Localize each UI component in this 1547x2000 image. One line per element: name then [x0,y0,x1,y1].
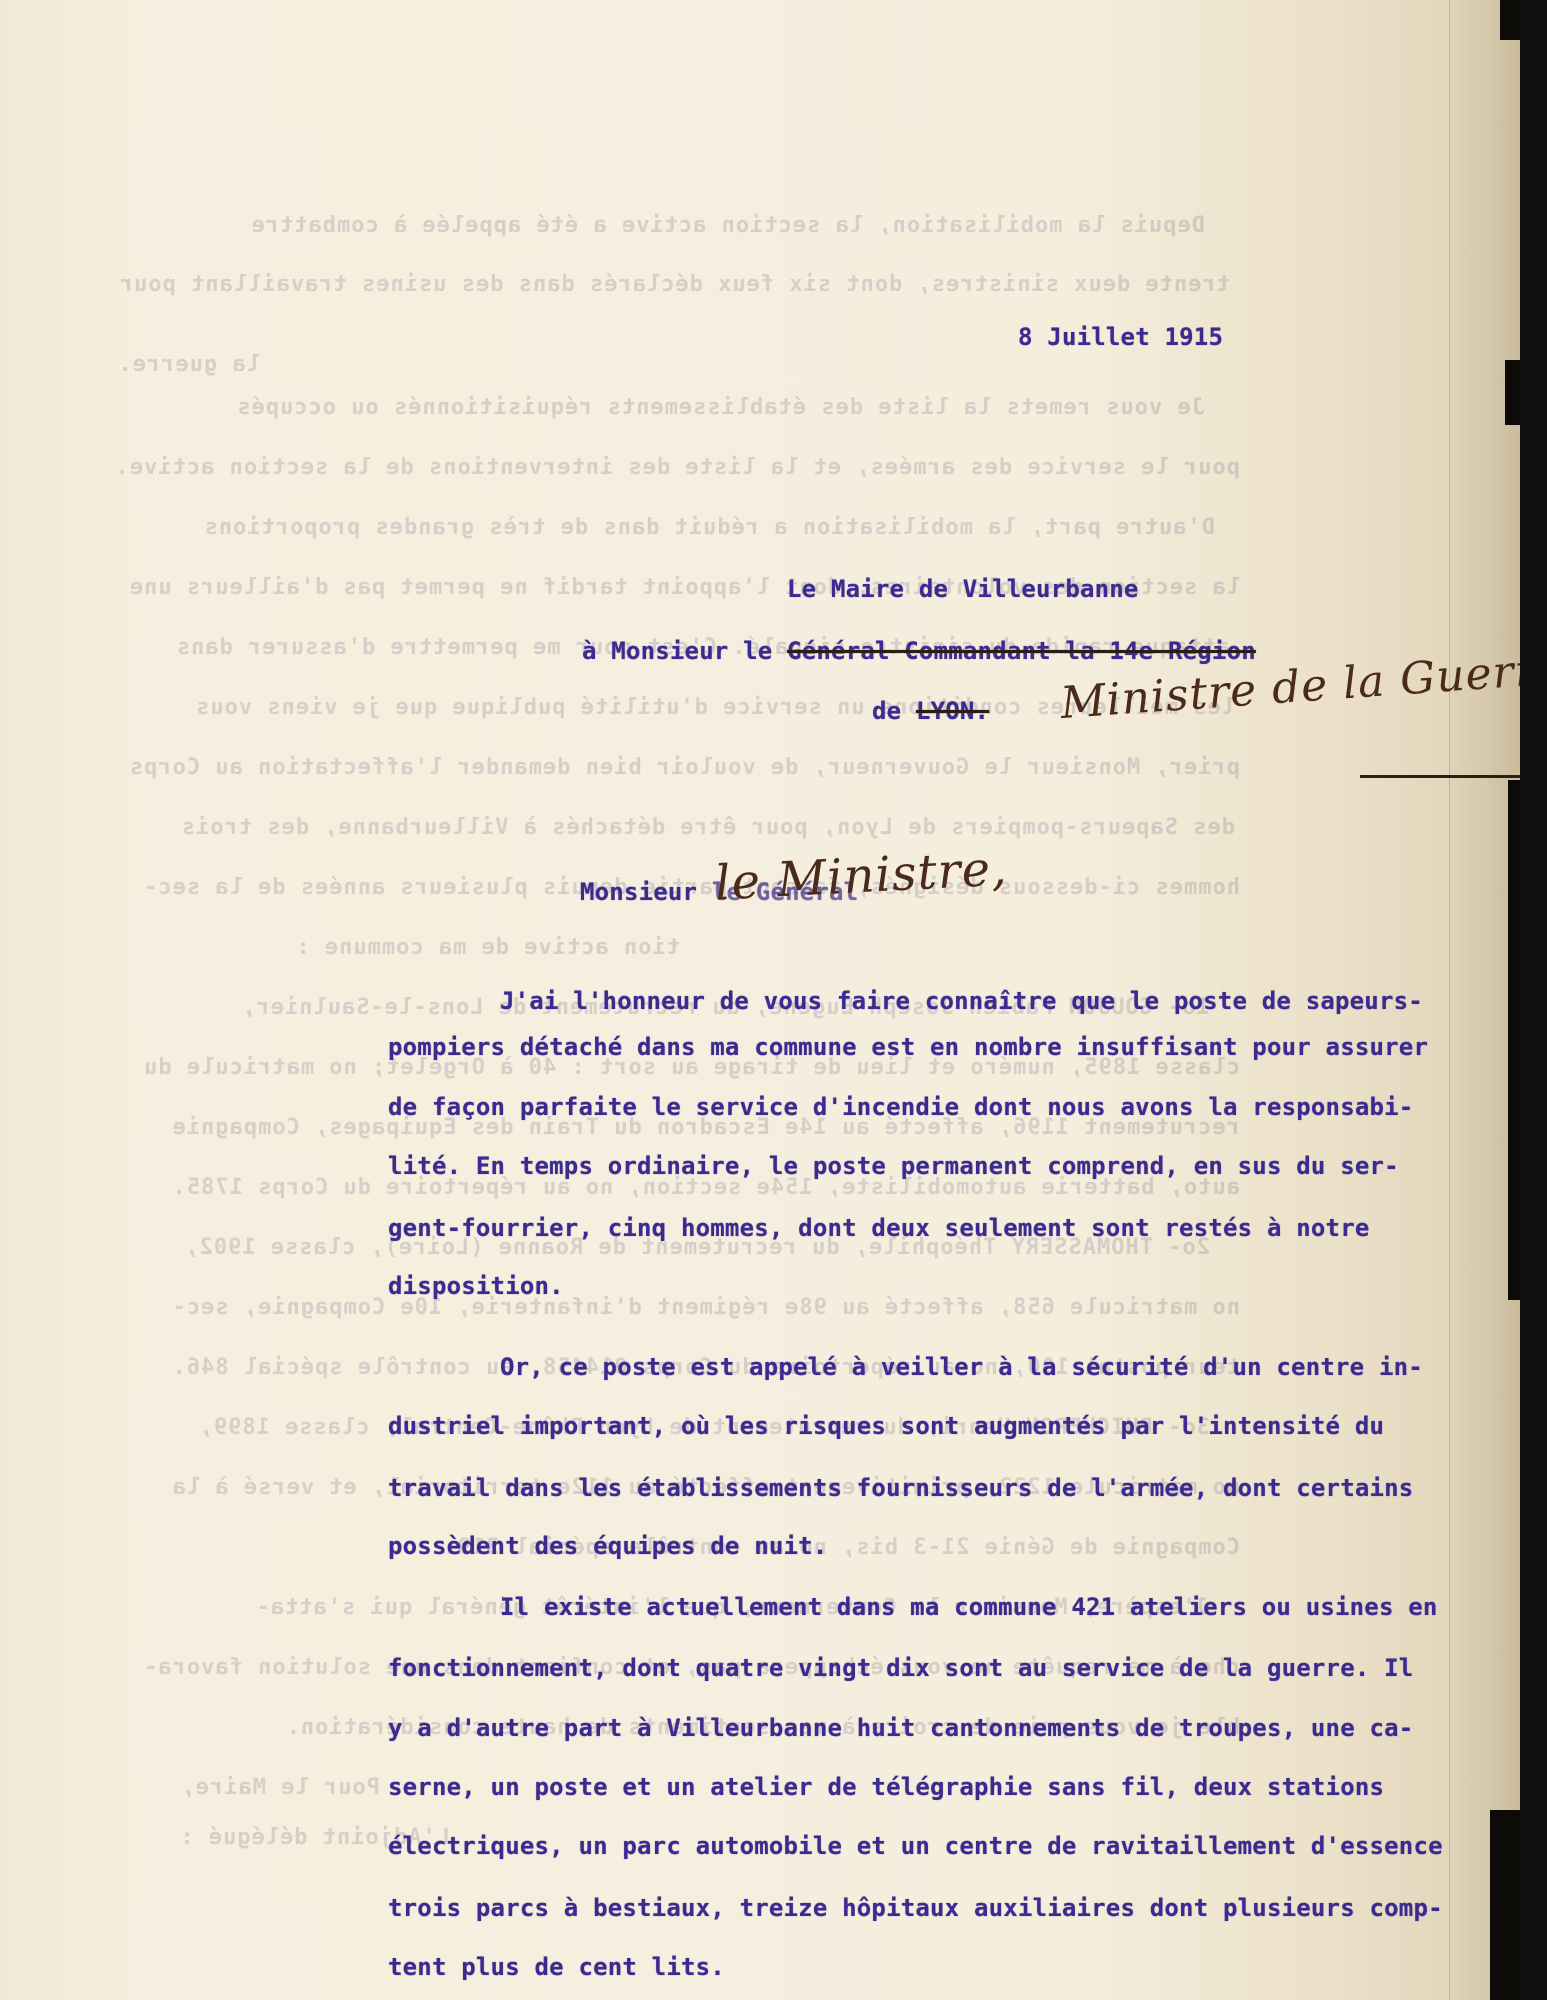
recipient-struck-text: Général Commandant la 14e Région [787,637,1256,665]
body-line: électriques, un parc automobile et un ce… [388,1832,1443,1860]
bleed-line: Depuis la mobilisation, la section activ… [251,213,1205,238]
bleed-line: D'autre part, la mobilisation a réduit d… [204,515,1215,540]
recipient-line: à Monsieur le Général Commandant la 14e … [582,637,1256,665]
body-line: possèdent des équipes de nuit. [388,1532,827,1560]
recipient-line2-struck-text: LYON. [916,697,989,725]
letter-page: Depuis la mobilisation, la section activ… [0,0,1520,2000]
bleed-line: prier, Monsieur le Gouverneur, de vouloi… [129,755,1240,780]
dark-edge-mid [1508,780,1520,1300]
bleed-line: pour le service des armées, et la liste … [115,455,1240,480]
paper-tear [1360,775,1520,778]
bleed-line: tion active de ma commune : [295,935,680,960]
salutation-prefix: Monsieur [580,878,712,906]
bleed-line: Pour le Maire, [181,1775,380,1800]
body-line: pompiers détaché dans ma commune est en … [388,1033,1428,1061]
recipient-line-2: de LYON. [872,697,989,725]
dark-edge-top [1500,0,1520,40]
body-line: disposition. [388,1272,564,1300]
body-line: trois parcs à bestiaux, treize hôpitaux … [388,1894,1443,1922]
bleed-line: des Sapeurs-pompiers de Lyon, pour être … [181,815,1235,840]
body-line: dustriel important, où les risques sont … [388,1412,1384,1440]
dark-edge-bottom [1490,1810,1520,2000]
bleed-line: la guerre. [118,352,260,377]
recipient-line2-prefix: de [872,697,916,725]
bleed-line: no matricule 658, affecté au 98e régimen… [172,1295,1240,1320]
dark-edge-notch [1505,360,1520,425]
sender-line: Le Maire de Villeurbanne [787,575,1139,603]
body-line: Il existe actuellement dans ma commune 4… [500,1593,1438,1621]
body-line: lité. En temps ordinaire, le poste perma… [388,1152,1399,1180]
body-line: serne, un poste et un atelier de télégra… [388,1773,1384,1801]
body-line: travail dans les établissements fourniss… [388,1474,1413,1502]
body-line: Or, ce poste est appelé à veiller à la s… [500,1353,1423,1381]
body-line: gent-fourrier, cinq hommes, dont deux se… [388,1214,1370,1242]
bleed-line: Je vous remets la liste des établissemen… [236,395,1205,420]
body-line: fonctionnement, dont quatre vingt dix so… [388,1654,1413,1682]
body-line: tent plus de cent lits. [388,1953,725,1981]
recipient-prefix: à Monsieur le [582,637,787,665]
bleed-line: trente deux sinistres, dont six feux déc… [119,272,1230,297]
body-line: y a d'autre part à Villeurbanne huit can… [388,1714,1413,1742]
body-line: J'ai l'honneur de vous faire connaître q… [500,987,1423,1015]
letter-date: 8 Juillet 1915 [1018,323,1223,351]
body-line: de façon parfaite le service d'incendie … [388,1093,1413,1121]
